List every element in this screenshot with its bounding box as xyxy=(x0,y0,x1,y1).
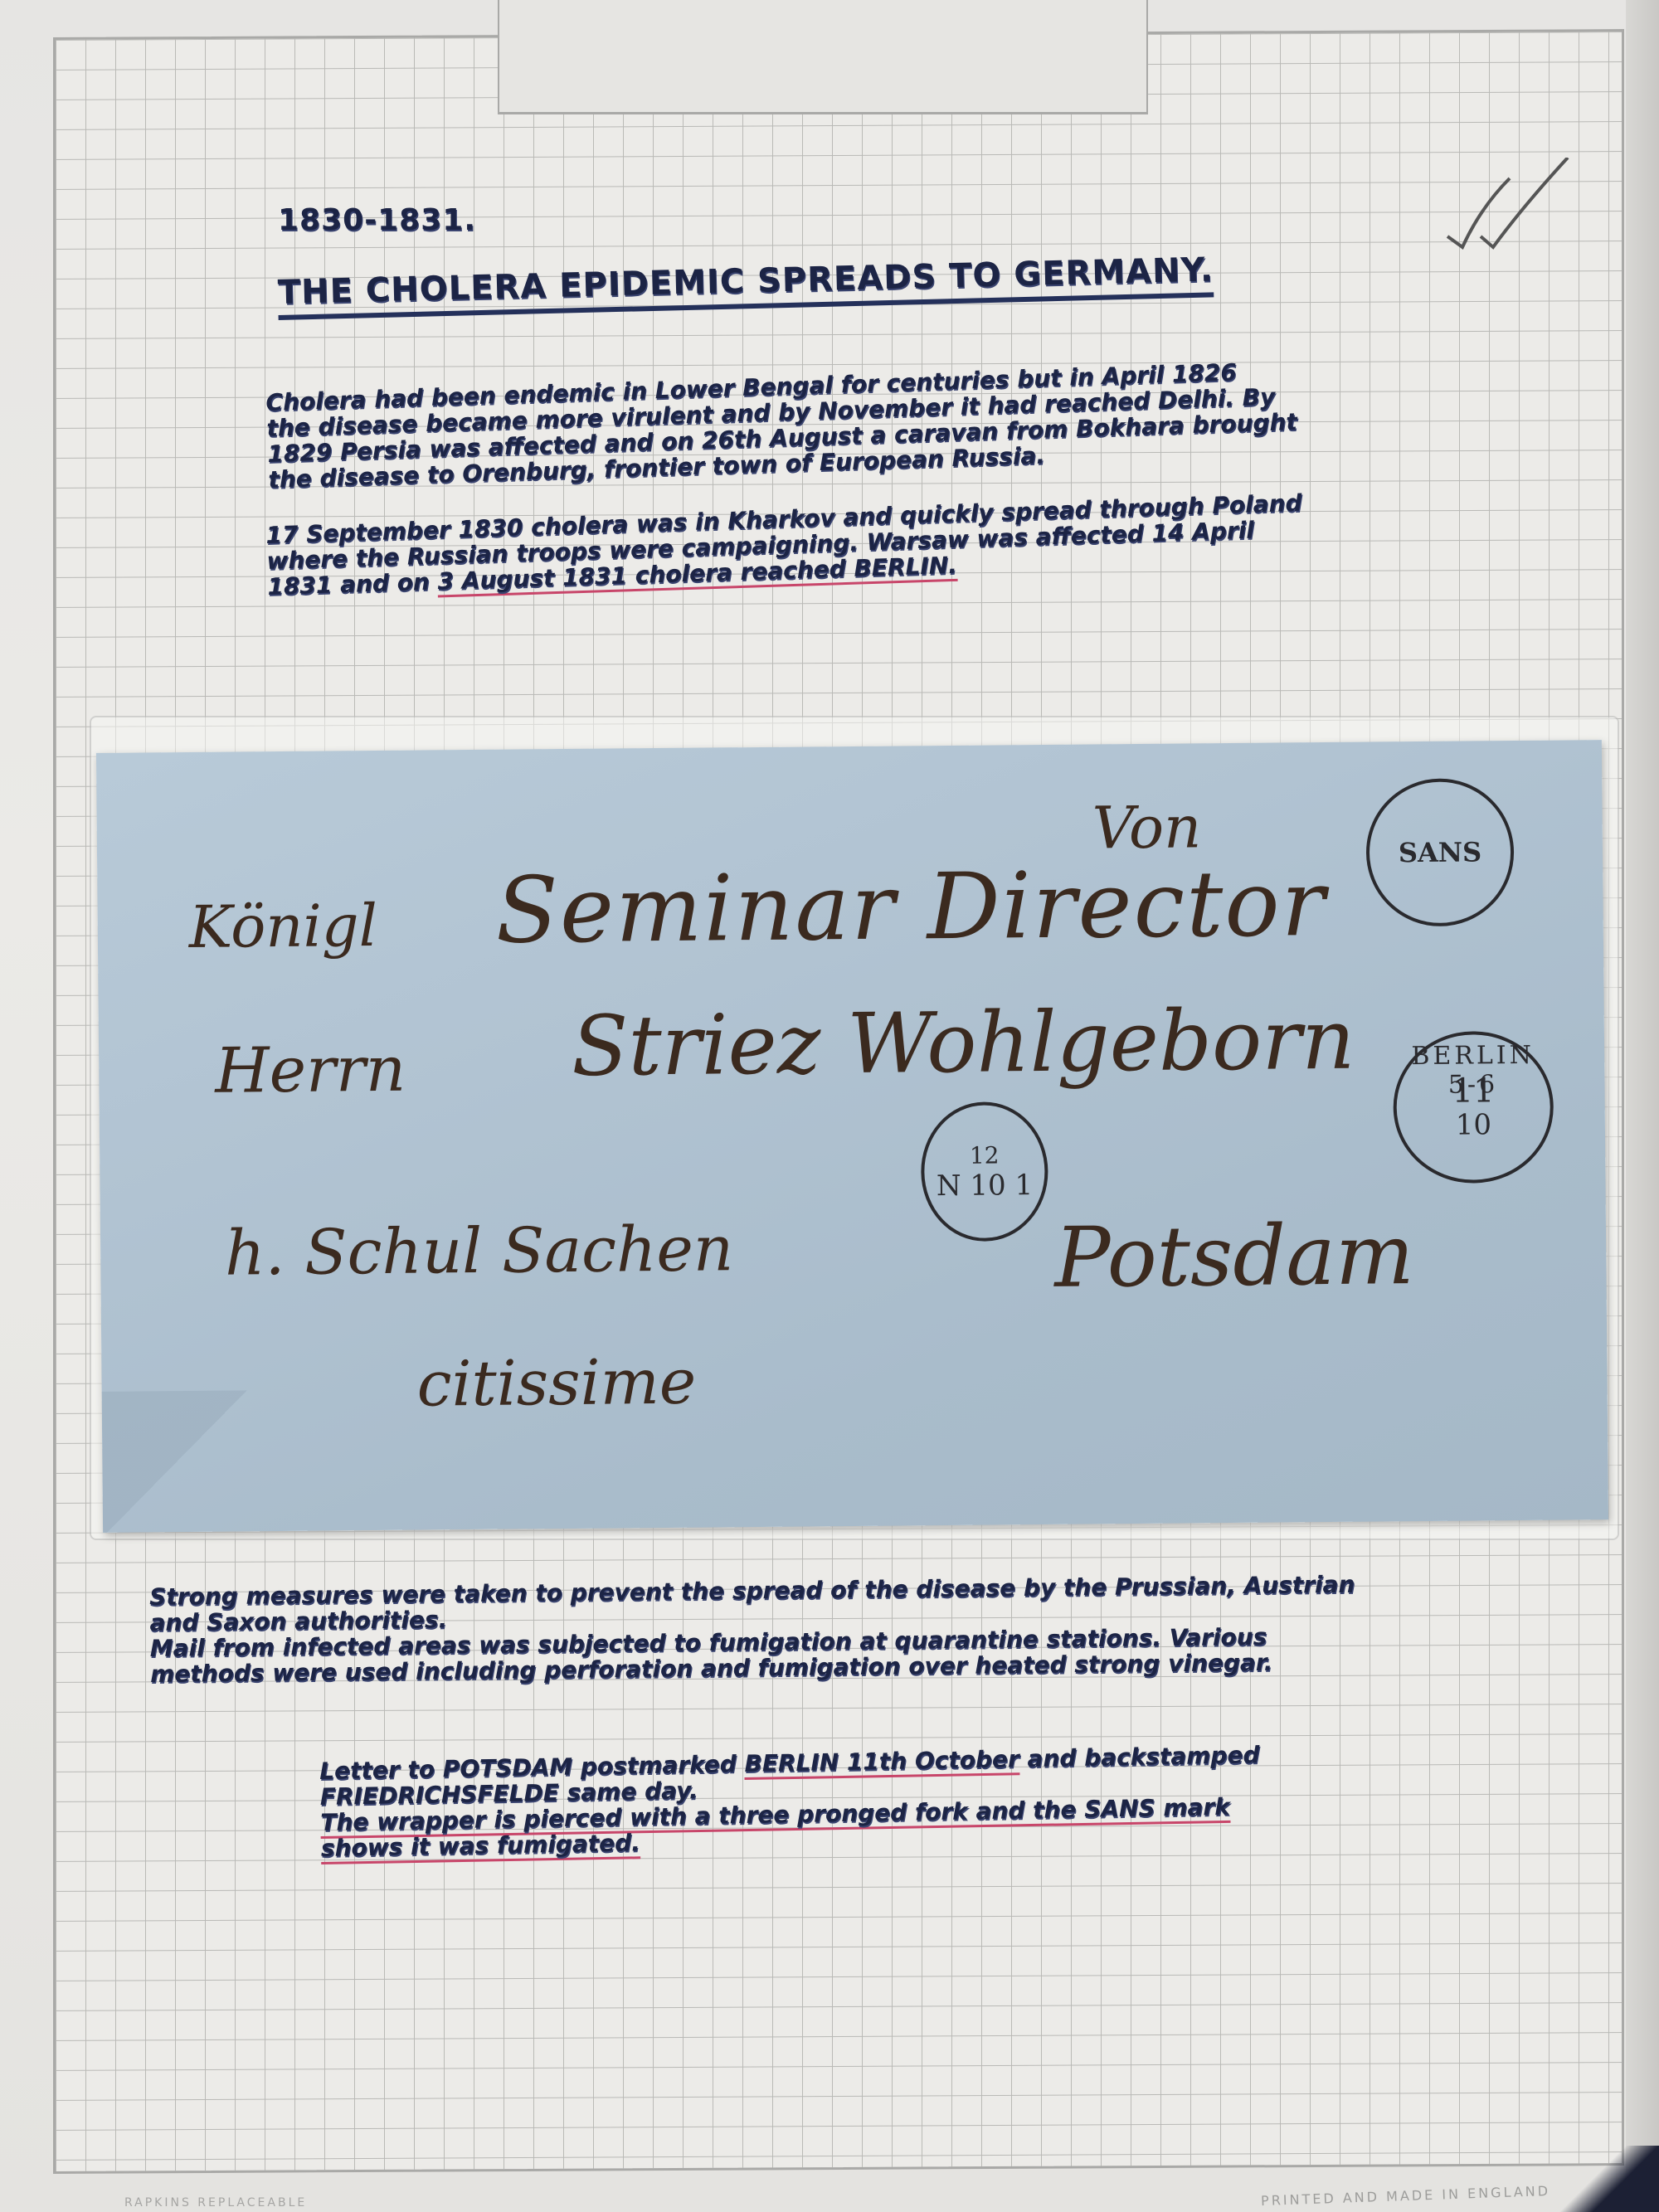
printed-in-england-imprint: PRINTED AND MADE IN ENGLAND xyxy=(1261,2183,1551,2209)
album-maker-imprint: RAPKINS REPLACEABLE xyxy=(124,2196,307,2210)
stamp-text: SANS xyxy=(1399,836,1482,868)
manuscript-seminar-director: Seminar Director xyxy=(495,850,1327,964)
page-edge xyxy=(1626,0,1659,2212)
manuscript-herrn: Herrn xyxy=(215,1033,406,1107)
stamp-arc-text: BERLIN 5-6 xyxy=(1396,1041,1550,1101)
fumigation-highlight: shows it was fumigated. xyxy=(321,1829,640,1864)
page-tab-cutout xyxy=(498,0,1148,114)
notes-paragraph-letter: Letter to POTSDAM postmarked BERLIN 11th… xyxy=(319,1740,1383,1861)
text-fragment: and backstamped xyxy=(1019,1741,1259,1772)
manuscript-addressee: Striez Wohlgeborn xyxy=(572,991,1355,1095)
stamp-month: 10 xyxy=(1452,1108,1495,1141)
berlin-postmark: BERLIN 5-6 11 10 xyxy=(1393,1031,1554,1184)
sans-fumigation-cachet: SANS xyxy=(1365,778,1515,927)
stamp-left: N xyxy=(937,1169,961,1202)
checkmark-icon xyxy=(1439,158,1572,257)
stamp-day: 10 xyxy=(970,1169,1006,1202)
stamp-center: N 10 1 xyxy=(937,1169,1034,1203)
stamp-right: 1 xyxy=(1014,1169,1033,1202)
friedrichsfelde-backstamp: 12 N 10 1 xyxy=(921,1101,1048,1242)
stamp-top: 12 xyxy=(936,1141,1033,1169)
year-heading: 1830-1831. xyxy=(278,203,476,237)
manuscript-destination: Potsdam xyxy=(1054,1206,1414,1306)
berlin-postmark-highlight: BERLIN 11th October xyxy=(744,1745,1019,1780)
manuscript-citissime: citissime xyxy=(416,1345,696,1421)
notes-paragraph-measures: Strong measures were taken to prevent th… xyxy=(149,1569,1544,1687)
cholera-cover-letter: Von Königl Seminar Director Herrn Striez… xyxy=(96,740,1608,1533)
album-page: 1830-1831. THE CHOLERA EPIDEMIC SPREADS … xyxy=(0,0,1659,2212)
manuscript-schul-sachen: h. Schul Sachen xyxy=(225,1212,734,1289)
text-fragment: 1831 and on xyxy=(267,568,438,600)
cover-fold xyxy=(102,1390,252,1533)
manuscript-koenig: Königl xyxy=(188,892,377,961)
background-corner xyxy=(1559,2146,1659,2212)
